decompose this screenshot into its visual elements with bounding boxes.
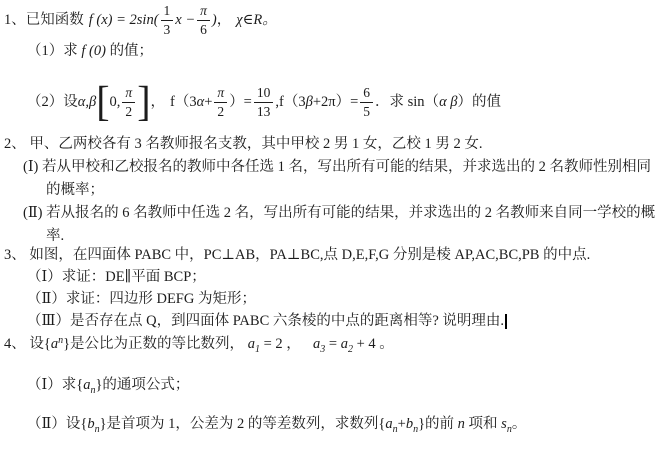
text-run: （Ⅰ）求证：DE∥平面 BCP；	[27, 269, 206, 285]
document-page[interactable]: 1、 已知函数 f (x) = 2sin( 13 x − π6 ) ， χ∈R。…	[0, 0, 667, 456]
subscript: n	[507, 424, 512, 435]
math-run: a	[341, 336, 348, 352]
math-run: β	[306, 92, 313, 112]
problem1-part2: （2）设 α,β [ 0, π2 ] ， f（3 α + π2 ）= 1013 …	[27, 74, 501, 130]
fraction-numerator: 10	[254, 86, 274, 102]
text-run: ．求 sin（	[375, 92, 439, 112]
math-run: +	[204, 92, 212, 112]
math-run: α,β	[78, 92, 96, 112]
problem2-number: 2、	[4, 136, 26, 152]
math-run: 0,	[110, 92, 121, 112]
math-run: =	[325, 336, 340, 352]
fraction-denominator: 2	[122, 102, 135, 119]
fraction-numerator: 1	[161, 4, 174, 20]
text-run: }的通项公式；	[95, 377, 189, 393]
math-run: f (0)	[81, 43, 106, 59]
problem1-part1: （1）求 f (0) 的值；	[27, 41, 153, 61]
text-run: （Ⅲ）是否存在点 Q，到四面体 PABC 六条棱的中点的距离相等? 说明理由.	[27, 313, 504, 329]
fraction-denominator: 2	[214, 102, 227, 119]
fraction-numerator: 6	[360, 86, 373, 102]
text-run: }是公比为正数的等比数列，	[63, 336, 244, 352]
text-run: ，	[151, 92, 166, 112]
math-run: n	[458, 416, 465, 432]
problem2-part1-continued: 的概率；	[46, 180, 104, 200]
math-run: +	[398, 416, 406, 432]
math-run: b	[87, 416, 94, 432]
fraction-denominator: 13	[254, 102, 274, 119]
text-run: 设{	[29, 336, 50, 352]
math-run: = 2 ，	[260, 336, 301, 352]
problem3-part3: （Ⅲ）是否存在点 Q，到四面体 PABC 六条棱的中点的距离相等? 说明理由.	[27, 311, 507, 331]
text-run: 的值；	[110, 43, 154, 59]
math-run: + 4 。	[353, 336, 394, 352]
problem4-number: 4、	[4, 336, 26, 352]
text-cursor	[505, 314, 507, 329]
math-run: χ∈R。	[236, 10, 276, 30]
problem2-statement: 2、 甲、乙两校各有 3 名教师报名支教，其中甲校 2 男 1 女，乙校 1 男…	[4, 134, 483, 154]
text-run: ，	[217, 10, 232, 30]
subscript: 3	[320, 344, 325, 355]
math-run: a	[385, 416, 392, 432]
problem1-number: 1、	[4, 10, 26, 30]
math-run: x −	[175, 10, 195, 30]
text-run: }是首项为 1，公差为 2 的等差数列，求数列{	[100, 416, 386, 432]
problem2-part2: (Ⅱ) 若从报名的 6 名教师中任选 2 名，写出所有可能的结果，并求选出的 2…	[23, 203, 655, 223]
fraction-numerator: π	[214, 86, 227, 102]
text-run: （Ⅱ）求证：四边形 DEFG 为矩形；	[27, 291, 256, 307]
math-run: α β	[439, 92, 457, 112]
fraction: π6	[197, 4, 210, 36]
right-bracket: ]	[137, 83, 150, 121]
problem3-part2: （Ⅱ）求证：四边形 DEFG 为矩形；	[27, 289, 256, 309]
subscript: n	[90, 385, 95, 396]
fraction: 13	[161, 4, 174, 36]
problem3-number: 3、	[4, 247, 26, 263]
fraction-numerator: π	[122, 86, 135, 102]
problem3-part1: （Ⅰ）求证：DE∥平面 BCP；	[27, 267, 206, 287]
text-run: (Ⅰ) 若从甲校和乙校报名的教师中各任选 1 名，写出所有可能的结果，并求选出的…	[23, 159, 651, 175]
fraction: π2	[122, 86, 135, 118]
subscript: 1	[255, 344, 260, 355]
problem1-statement: 1、 已知函数 f (x) = 2sin( 13 x − π6 ) ， χ∈R。	[4, 1, 277, 39]
text-run: 甲、乙两校各有 3 名教师报名支教，其中甲校 2 男 1 女，乙校 1 男 2 …	[29, 136, 482, 152]
fraction: π2	[214, 86, 227, 118]
text-run: 已知函数	[26, 10, 84, 30]
math-run: f (x) = 2sin(	[89, 10, 159, 30]
math-run: α	[197, 92, 205, 112]
problem4-statement: 4、 设{an}是公比为正数的等比数列， a1 = 2 ， a3 = a2 + …	[4, 334, 394, 358]
problem3-statement: 3、 如图，在四面体 PABC 中，PC⊥AB，PA⊥BC,点 D,E,F,G …	[4, 245, 590, 265]
text-run: （Ⅰ）求{	[27, 377, 83, 393]
left-bracket: [	[96, 83, 109, 121]
math-run: b	[406, 416, 413, 432]
problem4-part1: （Ⅰ）求{an}的通项公式；	[27, 375, 189, 397]
subscript: n	[393, 424, 398, 435]
subscript: n	[413, 424, 418, 435]
text-run: 项和	[465, 416, 501, 432]
math-run: +2π）=	[313, 92, 358, 112]
math-run: a	[51, 336, 58, 352]
math-run: ,f（3	[275, 92, 305, 112]
problem2-part2-continued: 率.	[46, 226, 64, 246]
fraction-denominator: 5	[360, 102, 373, 119]
fraction-numerator: π	[197, 4, 210, 20]
math-run: ）=	[229, 92, 252, 112]
text-run: }的前	[418, 416, 458, 432]
superscript: n	[58, 335, 63, 346]
text-run: （2）设	[27, 92, 78, 112]
fraction-denominator: 6	[197, 20, 210, 37]
fraction: 65	[360, 86, 373, 118]
text-run: （1）求	[27, 43, 78, 59]
text-run: 如图，在四面体 PABC 中，PC⊥AB，PA⊥BC,点 D,E,F,G 分别是…	[29, 247, 590, 263]
math-run: a	[248, 336, 255, 352]
problem4-part2: （Ⅱ）设{bn}是首项为 1，公差为 2 的等差数列，求数列{an+bn}的前 …	[27, 414, 526, 438]
fraction-denominator: 3	[161, 20, 174, 37]
text-run: （Ⅱ）设{	[27, 416, 87, 432]
problem2-part1: (Ⅰ) 若从甲校和乙校报名的教师中各任选 1 名，写出所有可能的结果，并求选出的…	[23, 157, 651, 177]
fraction: 1013	[254, 86, 274, 118]
text-run: 率.	[46, 228, 64, 244]
text-run: (Ⅱ) 若从报名的 6 名教师中任选 2 名，写出所有可能的结果，并求选出的 2…	[23, 205, 655, 221]
text-run: 的概率；	[46, 182, 104, 198]
text-run: 。	[512, 416, 527, 432]
math-run: s	[501, 416, 507, 432]
subscript: 2	[348, 344, 353, 355]
text-run: ）的值	[458, 92, 502, 112]
subscript: n	[95, 424, 100, 435]
math-run: f（3	[170, 92, 197, 112]
